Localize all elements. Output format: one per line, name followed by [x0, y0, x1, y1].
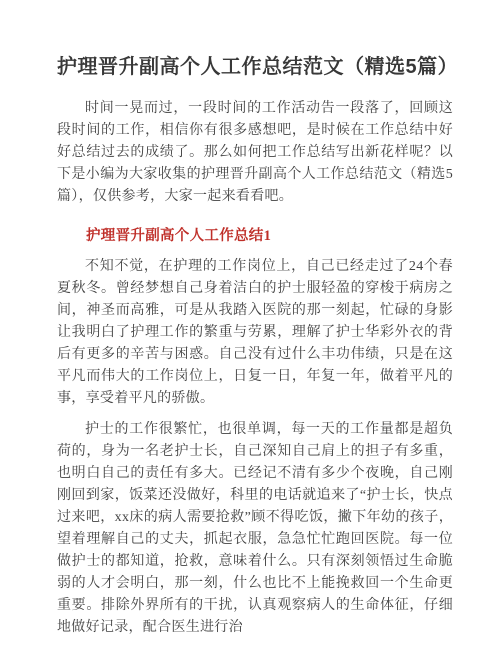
section-heading: 护理晋升副高个人工作总结1 — [57, 225, 453, 247]
body-paragraph-1: 不知不觉，在护理的工作岗位上，自己已经走过了24个春夏秋冬。曾经梦想自己身着洁白… — [57, 256, 453, 410]
intro-paragraph: 时间一晃而过，一段时间的工作活动告一段落了，回顾这段时间的工作，相信你有很多感想… — [57, 98, 453, 208]
document-page: 护理晋升副高个人工作总结范文（精选5篇） 时间一晃而过，一段时间的工作活动告一段… — [0, 0, 500, 647]
body-paragraph-2: 护士的工作很繁忙，也很单调，每一天的工作量都是超负荷的，身为一名老护士长，自己深… — [57, 419, 453, 639]
document-title: 护理晋升副高个人工作总结范文（精选5篇） — [57, 52, 453, 82]
